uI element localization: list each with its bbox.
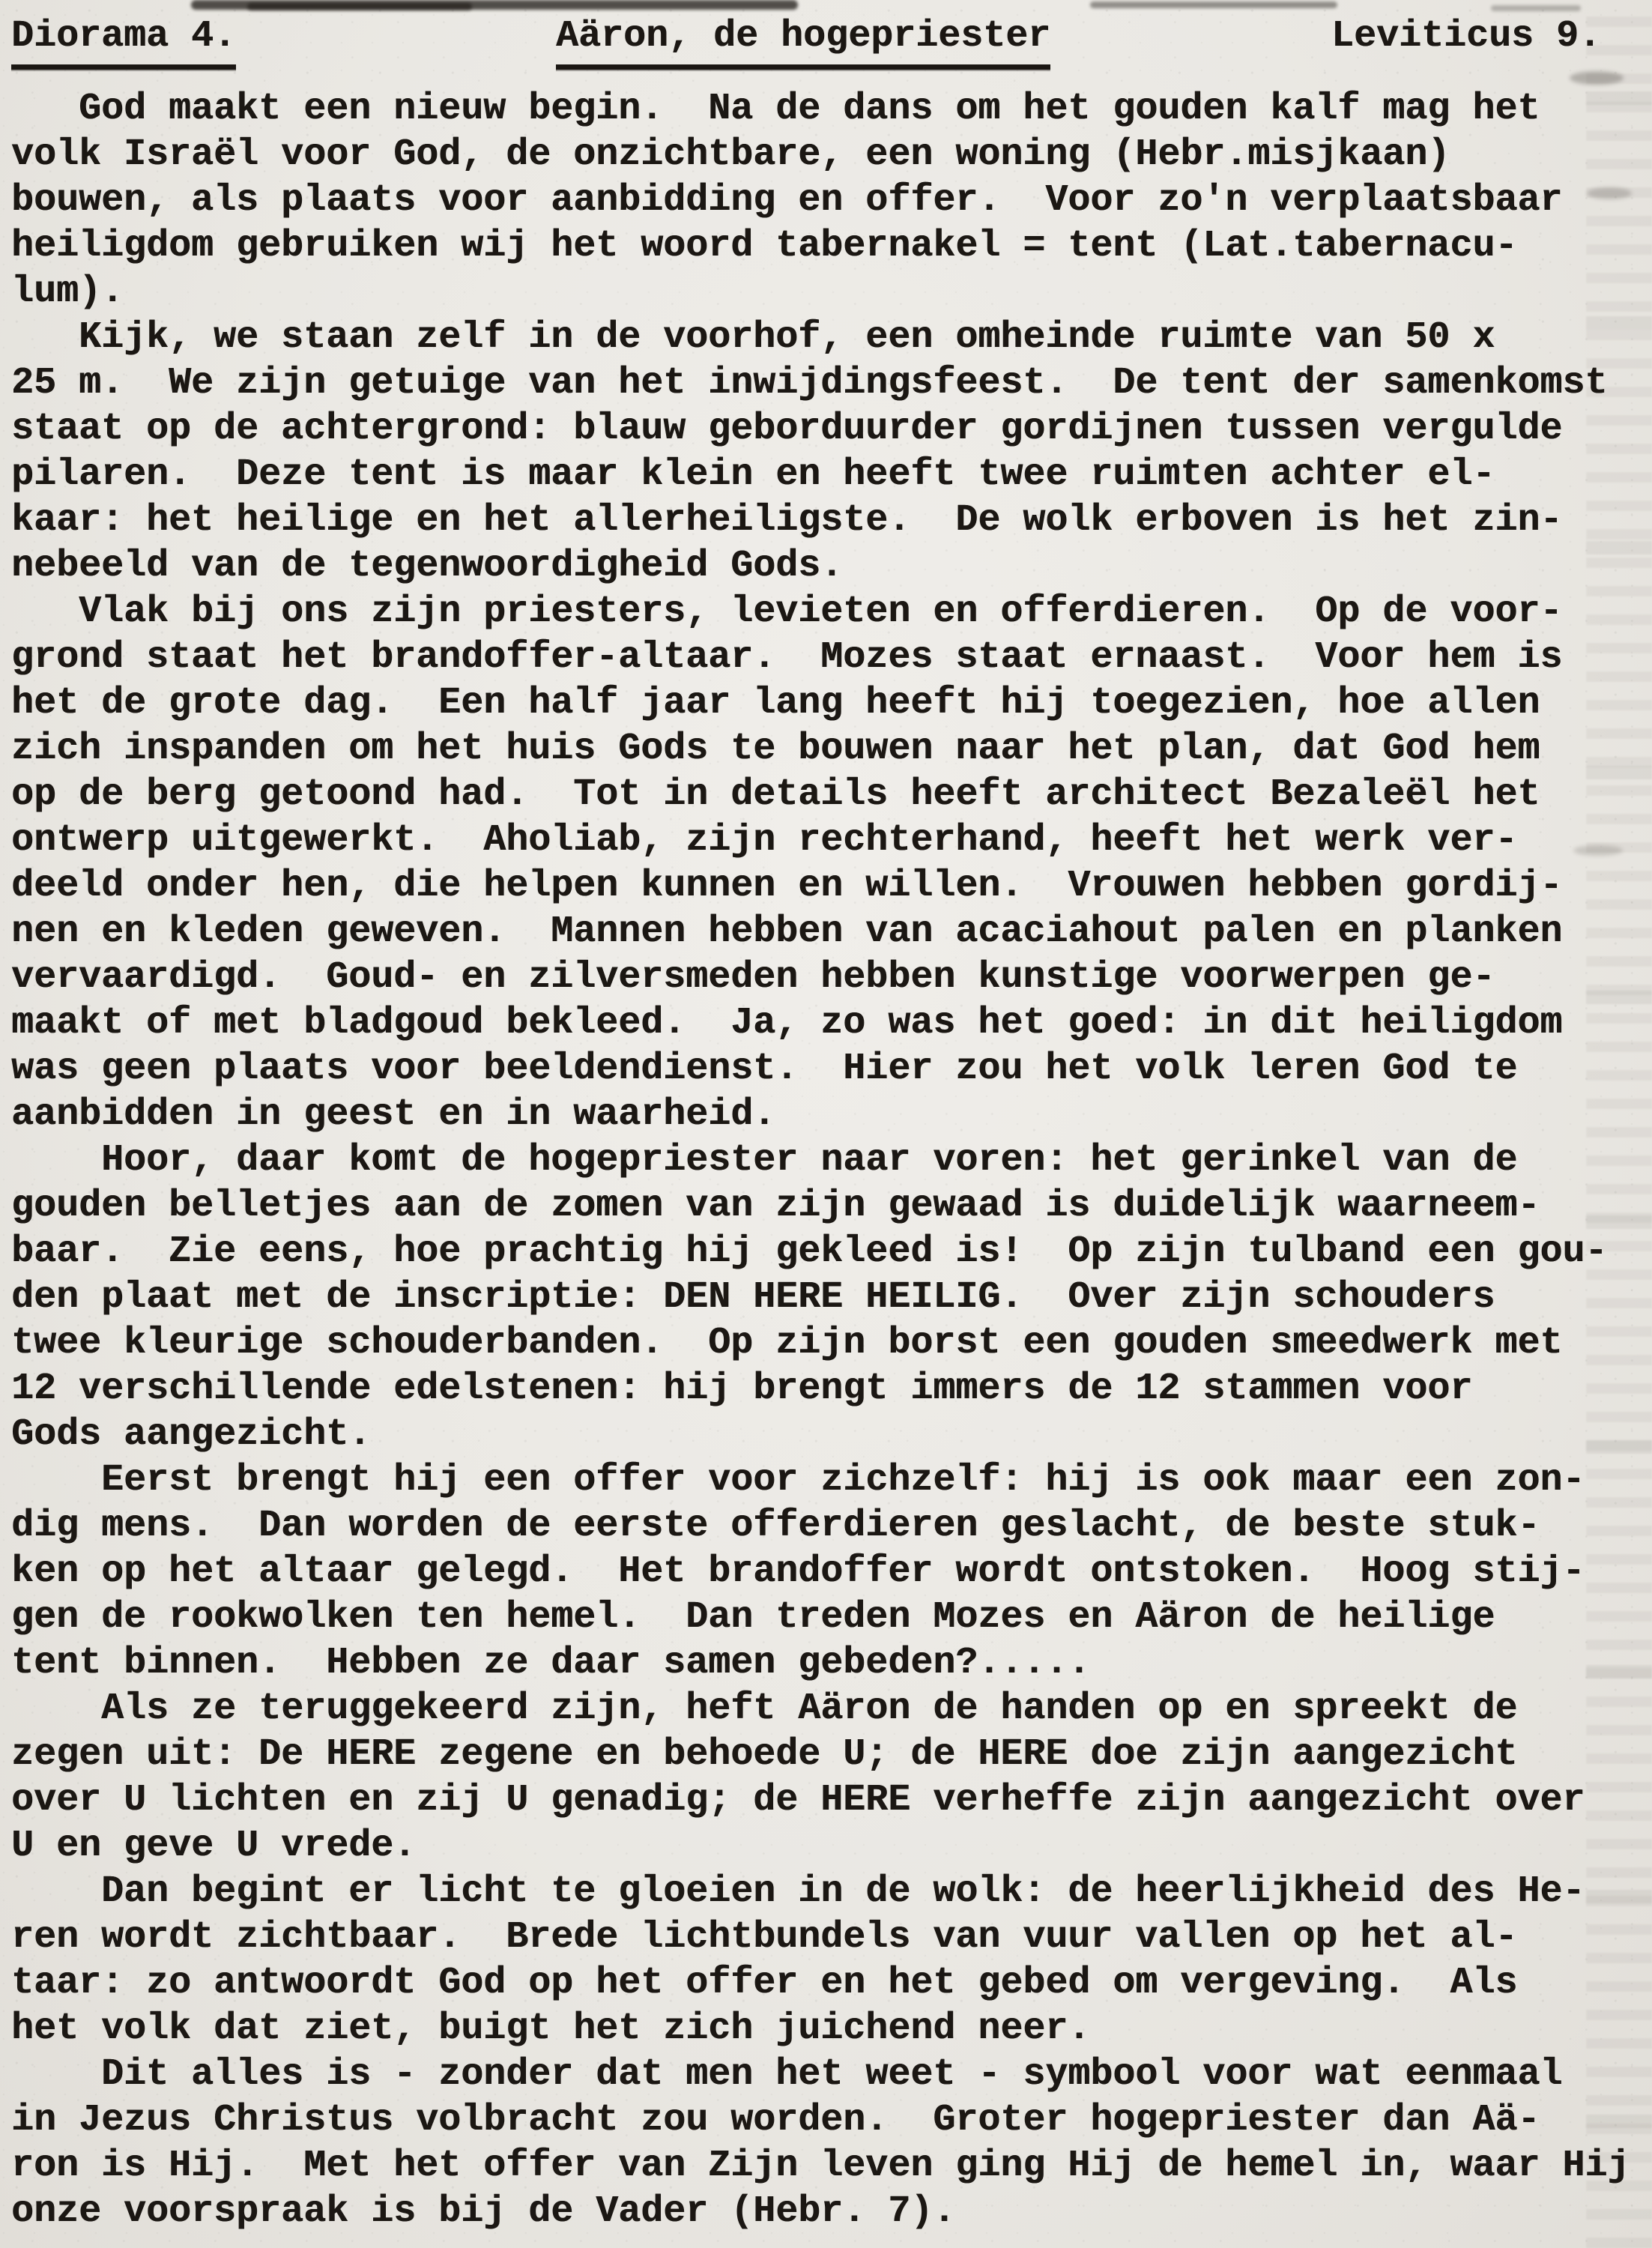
- scan-smudge-top-right: [1090, 1, 1337, 8]
- document-header: Diorama 4. Aäron, de hogepriester Leviti…: [0, 13, 1652, 59]
- scan-blot: [1570, 71, 1624, 85]
- paragraph-3: Vlak bij ons zijn priesters, levieten en…: [11, 589, 1641, 1137]
- paragraph-1: God maakt een nieuw begin. Na de dans om…: [11, 86, 1641, 315]
- paragraph-7: Dan begint er licht te gloeien in de wol…: [11, 1869, 1641, 2052]
- header-title: Aäron, de hogepriester: [556, 13, 1050, 70]
- paragraph-8: Dit alles is - zonder dat men het weet -…: [11, 2052, 1641, 2235]
- paragraph-4: Hoor, daar komt de hogepriester naar vor…: [11, 1137, 1641, 1457]
- scan-smudge-top-dark: [247, 3, 472, 10]
- document-body: God maakt een nieuw begin. Na de dans om…: [11, 86, 1641, 2235]
- header-diorama-label: Diorama 4.: [11, 13, 236, 70]
- header-scripture-reference: Leviticus 9.: [1331, 13, 1601, 59]
- paragraph-2: Kijk, we staan zelf in de voorhof, een o…: [11, 315, 1641, 589]
- scan-smudge-corner: [1491, 5, 1581, 11]
- paragraph-5: Eerst brengt hij een offer voor zichzelf…: [11, 1457, 1641, 1686]
- scanned-document-page: Diorama 4. Aäron, de hogepriester Leviti…: [0, 0, 1652, 2248]
- paragraph-6: Als ze teruggekeerd zijn, heft Aäron de …: [11, 1686, 1641, 1869]
